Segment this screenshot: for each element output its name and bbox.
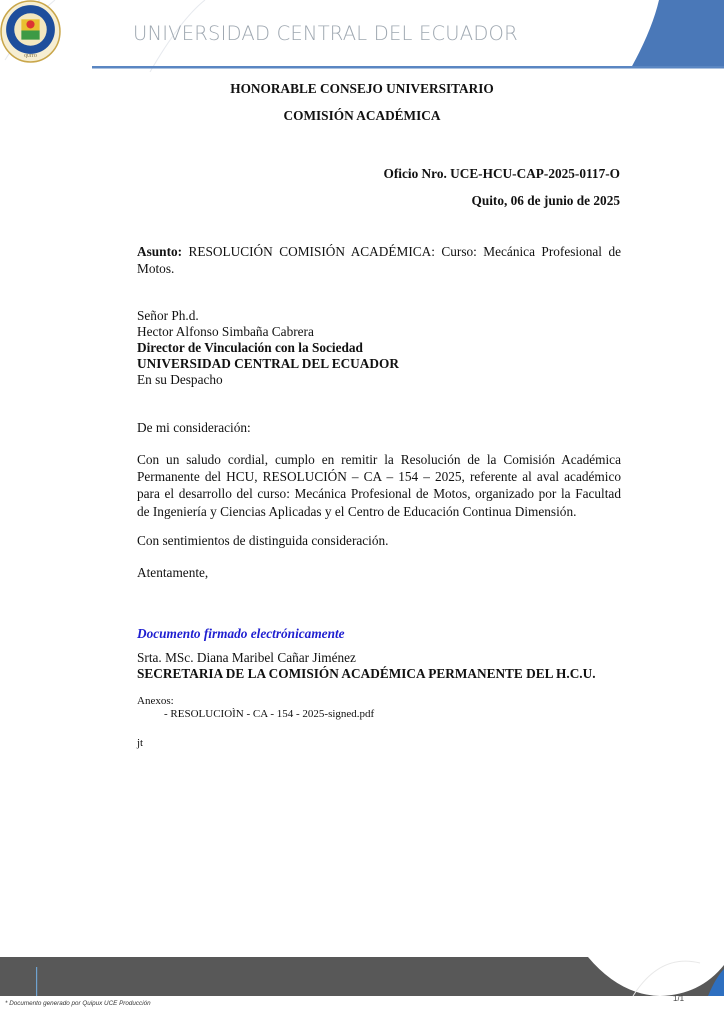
subject-line: Asunto: RESOLUCIÓN COMISIÓN ACADÉMICA: C… (137, 243, 621, 277)
subject-label: Asunto: (137, 244, 182, 259)
recipient-position: Director de Vinculación con la Sociedad (137, 340, 363, 356)
author-initials: jt (137, 736, 143, 750)
footer-decoration (0, 955, 724, 1024)
subject-text: RESOLUCIÓN COMISIÓN ACADÉMICA: Curso: Me… (137, 244, 621, 276)
recipient-name: Hector Alfonso Simbaña Cabrera (137, 324, 314, 340)
closing-line: Con sentimientos de distinguida consider… (137, 533, 389, 549)
greeting: De mi consideración: (137, 420, 251, 436)
oficio-number: Oficio Nro. UCE-HCU-CAP-2025-0117-O (384, 166, 620, 182)
svg-text:QUITO: QUITO (24, 53, 37, 58)
generated-by-note: * Documento generado por Quipux UCE Prod… (5, 1000, 151, 1007)
farewell: Atentamente, (137, 565, 208, 581)
page-number: 1/1 (673, 994, 684, 1003)
signer-name: Srta. MSc. Diana Maribel Cañar Jiménez (137, 650, 356, 666)
council-heading: HONORABLE CONSEJO UNIVERSITARIO (0, 81, 724, 97)
annex-label: Anexos: (137, 694, 174, 708)
commission-heading: COMISIÓN ACADÉMICA (0, 108, 724, 124)
signed-electronically-notice: Documento firmado electrónicamente (137, 626, 345, 642)
signer-title: SECRETARIA DE LA COMISIÓN ACADÉMICA PERM… (137, 666, 596, 682)
annex-item: - RESOLUCIOÌN - CA - 154 - 2025-signed.p… (164, 707, 374, 721)
document-date: Quito, 06 de junio de 2025 (472, 193, 621, 209)
body-text: Con un saludo cordial, cumplo en remitir… (137, 451, 621, 520)
recipient-institution: UNIVERSIDAD CENTRAL DEL ECUADOR (137, 356, 399, 372)
body-paragraph: Con un saludo cordial, cumplo en remitir… (137, 451, 621, 520)
letterhead-header: QUITO UNIVERSIDAD CENTRAL DEL ECUADOR (0, 0, 724, 72)
university-seal-icon: QUITO (0, 0, 61, 63)
recipient-salutation: Señor Ph.d. (137, 308, 199, 324)
recipient-location: En su Despacho (137, 372, 223, 388)
university-name: UNIVERSIDAD CENTRAL DEL ECUADOR (133, 22, 518, 45)
letterhead-footer (0, 955, 724, 1024)
